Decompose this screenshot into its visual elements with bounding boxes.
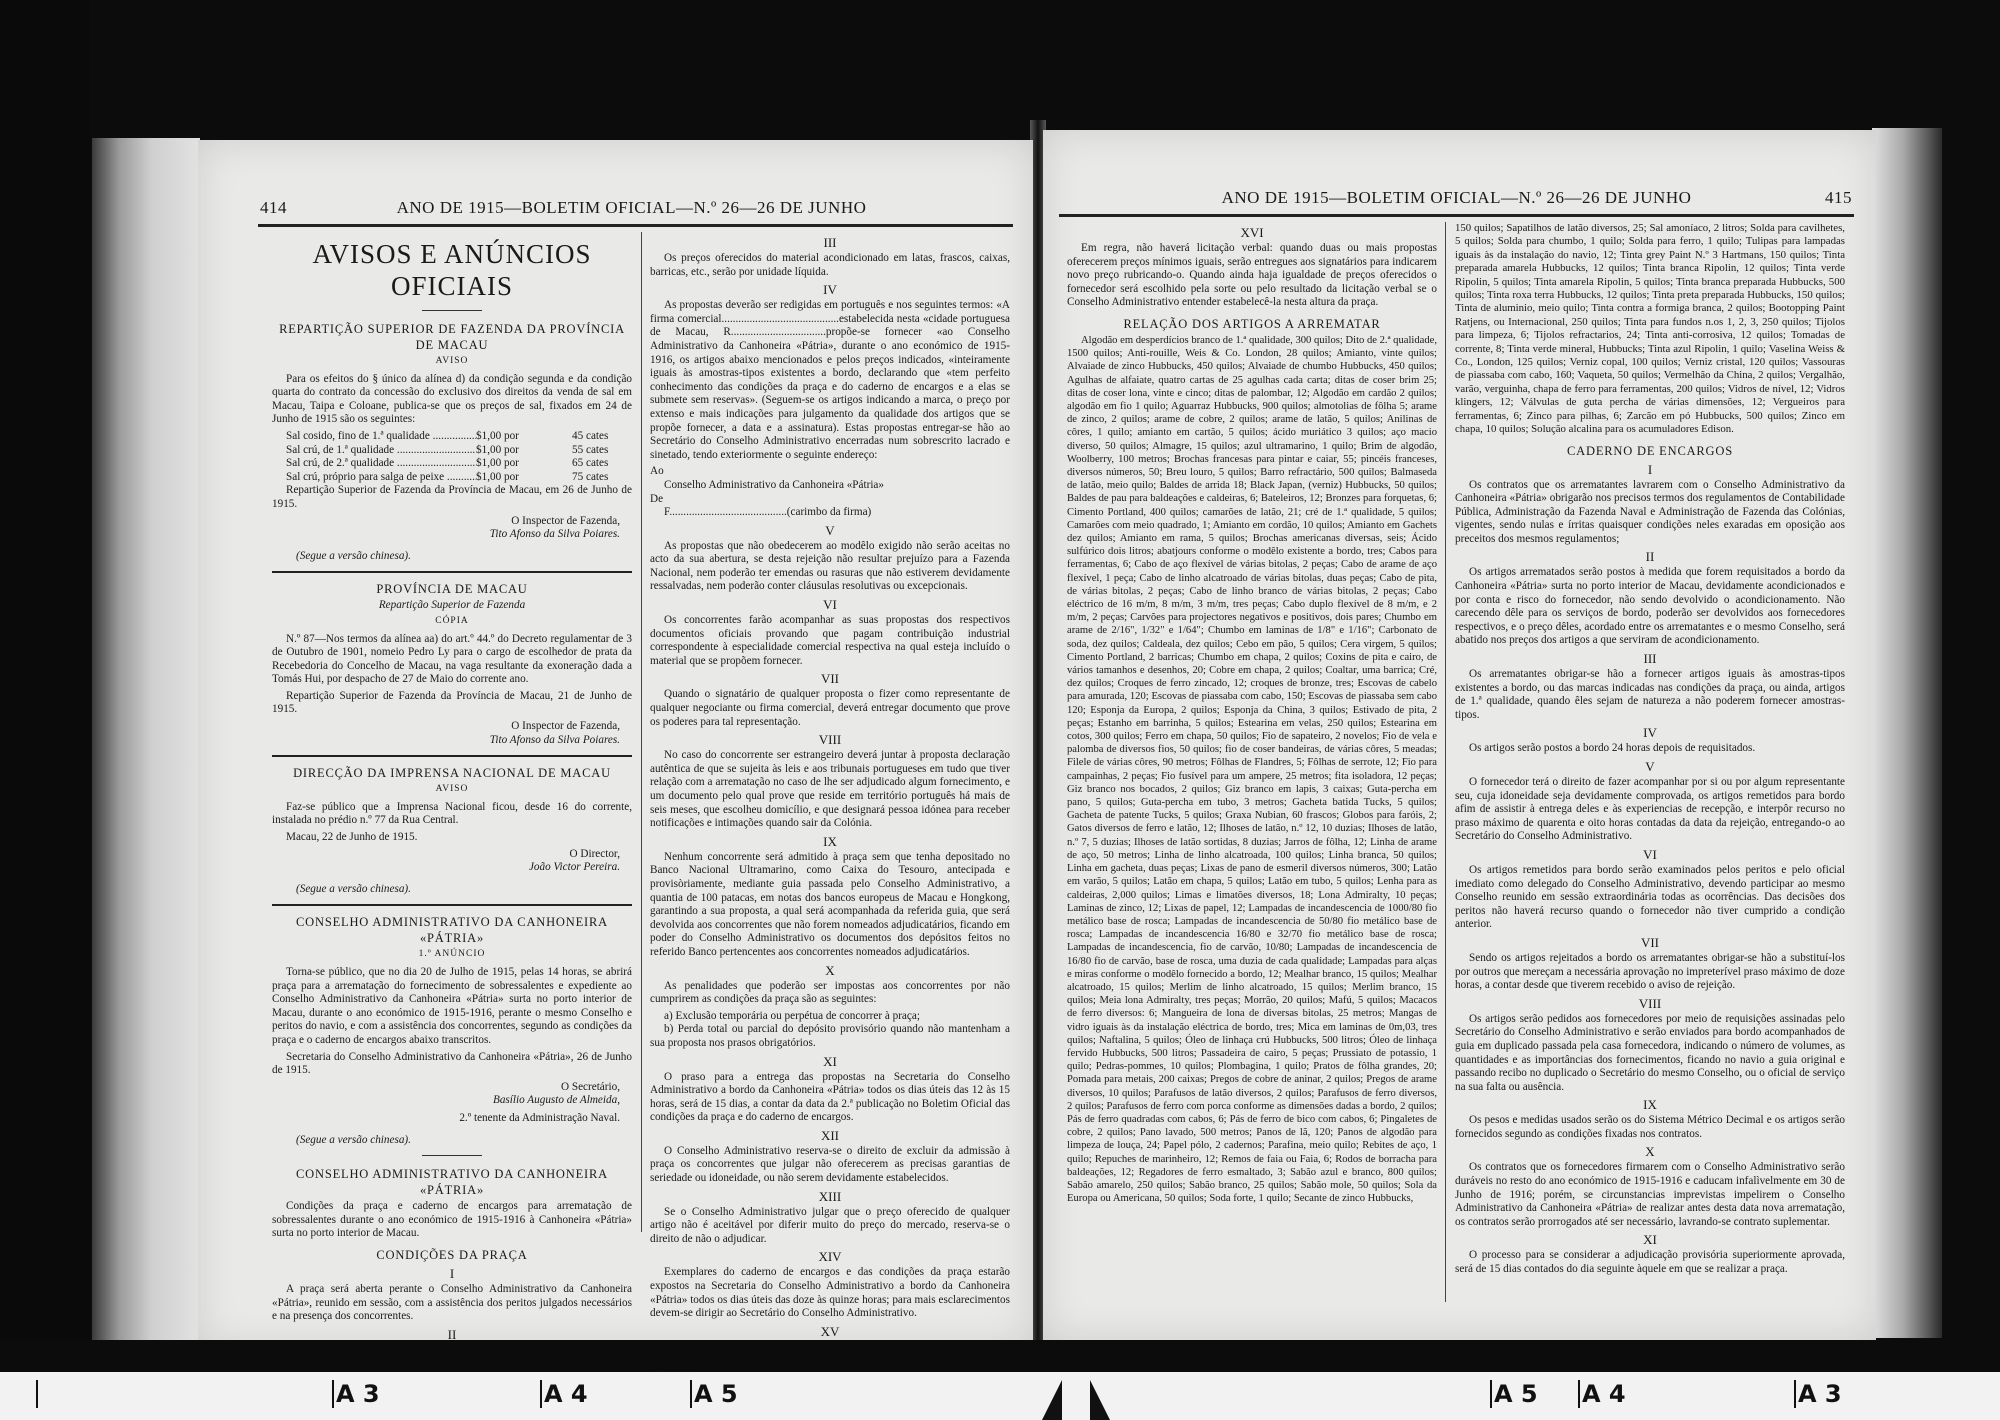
film-mark-label: A 3 [1794,1380,1842,1408]
section-rule [272,755,632,757]
section-rule [272,904,632,906]
section-text: As propostas deverão ser redigidas em po… [650,299,1010,462]
price-qty: 65 cates [572,457,632,471]
center-arrow-icon [1090,1380,1110,1420]
film-mark-label: A 5 [690,1380,738,1408]
film-mark-label: A 4 [1578,1380,1626,1408]
signer-name: Tito Afonso da Silva Poiares. [272,528,632,542]
price-price: $1,00 por [476,457,572,471]
divider [422,1155,482,1156]
section-number: VIII [1455,997,1845,1011]
section-number: X [1455,1145,1845,1159]
notice-body: Para os efeitos do § único da alínea d) … [272,373,632,427]
section-text: As penalidades que poderão ser impostas … [650,980,1010,1007]
encargos-list: IOs contratos que os arrematantes lavrar… [1455,463,1845,1277]
section-text: As propostas que não obedecerem ao modêl… [650,540,1010,594]
running-head-title: ANO DE 1915—BOLETIM OFICIAL—N.º 26—26 DE… [1061,188,1852,208]
notice-closing: Macau, 22 de Junho de 1915. [272,831,632,845]
column-rule [1445,222,1446,1302]
address-line: De [650,493,1010,507]
section-number: VII [650,672,1010,686]
notice-label: CÓPIA [272,615,632,629]
price-item: Sal crú, de 1.ª qualidade [286,444,476,458]
chinese-version-note: (Segue a versão chinesa). [272,883,632,897]
section-list-item: a) Exclusão temporária ou perpétua de co… [650,1010,1010,1024]
section-list-item: b) Perda total ou parcial do depósito pr… [650,1023,1010,1050]
section-number: VI [650,598,1010,612]
section-number: IV [1455,726,1845,740]
notice-heading: DIRECÇÃO DA IMPRENSA NACIONAL DE MACAU [272,765,632,781]
conditions-list: VAs propostas que não obedecerem ao modê… [650,524,1010,1382]
price-row: Sal cosido, fino de 1.ª qualidade$1,00 p… [286,430,632,444]
section-number: V [1455,760,1845,774]
articles-title: RELAÇÃO DOS ARTIGOS A ARREMATAR [1067,316,1437,332]
notice-body: Torna-se público, que no dia 20 de Julho… [272,966,632,1048]
conditions-list: XVIEm regra, não haverá licitação verbal… [1067,226,1437,310]
section-number: V [650,524,1010,538]
page-415: ANO DE 1915—BOLETIM OFICIAL—N.º 26—26 DE… [1043,130,1876,1340]
right-column-2: 150 quilos; Sapatilhos de latão diversos… [1455,222,1845,1280]
right-column-1: XVIEm regra, não haverá licitação verbal… [1067,222,1437,1208]
chinese-version-note: (Segue a versão chinesa). [272,1134,632,1148]
signer-title: O Secretário, [272,1081,632,1095]
section-text: Quando o signatário de qualquer proposta… [650,688,1010,729]
notice-closing: Repartição Superior de Fazenda da Provín… [272,484,632,511]
notice-subheading: Repartição Superior de Fazenda [272,599,632,613]
page-stack-left [92,138,200,1348]
film-mark-label: A 5 [1490,1380,1538,1408]
section-text: No caso do concorrente ser estrangeiro d… [650,749,1010,831]
section-number: VI [1455,848,1845,862]
section-text: Os arrematantes obrigar-se hão a fornece… [1455,668,1845,722]
notice-closing: Secretaria do Conselho Administrativo da… [272,1051,632,1078]
signer-rank: 2.º tenente da Administração Naval. [272,1112,632,1126]
section-text: Nenhum concorrente será admitido à praça… [650,851,1010,960]
section-number: XIII [650,1190,1010,1204]
notice-body: N.º 87—Nos termos da alínea aa) do art.º… [272,633,632,687]
section-text: Os artigos serão pedidos aos fornecedore… [1455,1013,1845,1095]
section-number: IX [1455,1098,1845,1112]
section-number: I [1455,463,1845,477]
signer-name: Tito Afonso da Silva Poiares. [272,734,632,748]
notice-subheading: 1.º ANÚNCIO [272,948,632,962]
section-text: Os contratos que os fornecedores firmare… [1455,1161,1845,1229]
articles-list: Algodão em desperdícios branco de 1.ª qu… [1067,334,1437,1205]
section-text: Os preços oferecidos do material acondic… [650,252,1010,279]
section-number: XI [1455,1233,1845,1247]
price-item: Sal cosido, fino de 1.ª qualidade [286,430,476,444]
notice-body: Faz-se público que a Imprensa Nacional f… [272,801,632,828]
section-number: II [1455,550,1845,564]
page-stack-right [1872,128,1942,1338]
notice-heading: CONSELHO ADMINISTRATIVO DA CANHONEIRA «P… [272,914,632,946]
section-number: III [650,236,1010,250]
section-text: Em regra, não haverá licitação verbal: q… [1067,242,1437,310]
running-head: 414 ANO DE 1915—BOLETIM OFICIAL—N.º 26—2… [260,198,1003,224]
section-number: XVI [1067,226,1437,240]
page-number: 415 [1825,188,1852,208]
price-row: Sal crú, próprio para salga de peixe$1,0… [286,471,632,485]
scan-border [0,0,90,1360]
price-price: $1,00 por [476,444,572,458]
left-column-2: IIIOs preços oferecidos do material acon… [650,232,1010,1385]
signer-title: O Inspector de Fazenda, [272,720,632,734]
section-text: Os pesos e medidas usados serão os do Si… [1455,1114,1845,1141]
section-text: Os contratos que os arrematantes lavrare… [1455,479,1845,547]
price-row: Sal crú, de 2.ª qualidade$1,00 por65 cat… [286,457,632,471]
section-text: Sendo os artigos rejeitados a bordo os a… [1455,952,1845,993]
film-strip [0,1372,2000,1420]
notice-subheading: AVISO [272,355,632,369]
conditions-title: CONDIÇÕES DA PRAÇA [272,1247,632,1263]
section-rule [272,571,632,573]
chinese-version-note: (Segue a versão chinesa). [272,550,632,564]
section-number: XII [650,1129,1010,1143]
signer-name: João Victor Pereira. [272,861,632,875]
notice-heading: REPARTIÇÃO SUPERIOR DE FAZENDA DA PROVÍN… [272,321,632,353]
section-text: O praso para a entrega das propostas na … [650,1071,1010,1125]
signer-title: O Inspector de Fazenda, [272,515,632,529]
notice-heading: CONSELHO ADMINISTRATIVO DA CANHONEIRA «P… [272,1166,632,1198]
address-line: Ao [650,465,1010,479]
section-number: I [272,1267,632,1281]
section-text: Os artigos remetidos para bordo serão ex… [1455,864,1845,932]
signer-name: Basílio Augusto de Almeida, [272,1094,632,1108]
section-text: Os artigos serão postos a bordo 24 horas… [1455,742,1845,756]
film-tick [36,1380,40,1408]
salt-price-list: Sal cosido, fino de 1.ª qualidade$1,00 p… [272,430,632,484]
section-number: IX [650,835,1010,849]
section-number: XV [650,1325,1010,1339]
section-number: XIV [650,1250,1010,1264]
left-column-1: AVISOS E ANÚNCIOS OFICIAIS REPARTIÇÃO SU… [272,232,632,1387]
header-rule [1059,214,1854,217]
column-rule [641,232,642,1232]
section-text: Os concorrentes farão acompanhar as suas… [650,614,1010,668]
notice-closing: Repartição Superior de Fazenda da Provín… [272,690,632,717]
notice-subheading: AVISO [272,783,632,797]
film-mark-label: A 3 [332,1380,380,1408]
film-mark-label: A 4 [540,1380,588,1408]
price-item: Sal crú, próprio para salga de peixe [286,471,476,485]
main-title: AVISOS E ANÚNCIOS OFICIAIS [272,238,632,302]
price-qty: 75 cates [572,471,632,485]
address-line: F.......................................… [650,506,1010,520]
center-arrow-icon [1042,1380,1062,1420]
section-text: Se o Conselho Administrativo julgar que … [650,1206,1010,1247]
running-head-title: ANO DE 1915—BOLETIM OFICIAL—N.º 26—26 DE… [260,198,1003,218]
section-text: Exemplares do caderno de encargos e das … [650,1266,1010,1320]
price-price: $1,00 por [476,430,572,444]
running-head: ANO DE 1915—BOLETIM OFICIAL—N.º 26—26 DE… [1061,188,1852,214]
section-text: O processo para se considerar a adjudica… [1455,1249,1845,1276]
header-rule [258,224,1013,227]
conditions-list: IIIOs preços oferecidos do material acon… [650,236,1010,462]
section-text: A praça será aberta perante o Conselho A… [272,1283,632,1324]
address-line: Conselho Administrativo da Canhoneira «P… [650,479,1010,493]
price-price: $1,00 por [476,471,572,485]
section-number: XI [650,1055,1010,1069]
page-414: 414 ANO DE 1915—BOLETIM OFICIAL—N.º 26—2… [198,140,1033,1348]
notice-intro: Condições da praça e caderno de encargos… [272,1200,632,1241]
section-number: VII [1455,936,1845,950]
price-row: Sal crú, de 1.ª qualidade$1,00 por55 cat… [286,444,632,458]
divider [422,310,482,311]
section-number: VIII [650,733,1010,747]
section-text: Os artigos arrematados serão postos à me… [1455,566,1845,648]
articles-list-continued: 150 quilos; Sapatilhos de latão diversos… [1455,222,1845,437]
notice-heading: PROVÍNCIA DE MACAU [272,581,632,597]
price-qty: 55 cates [572,444,632,458]
price-item: Sal crú, de 2.ª qualidade [286,457,476,471]
section-text: O fornecedor terá o direito de fazer aco… [1455,776,1845,844]
encargos-title: CADERNO DE ENCARGOS [1455,443,1845,459]
signer-title: O Director, [272,848,632,862]
section-number: X [650,964,1010,978]
section-text: O Conselho Administrativo reserva-se o d… [650,1145,1010,1186]
price-qty: 45 cates [572,430,632,444]
section-number: IV [650,283,1010,297]
section-number: III [1455,652,1845,666]
